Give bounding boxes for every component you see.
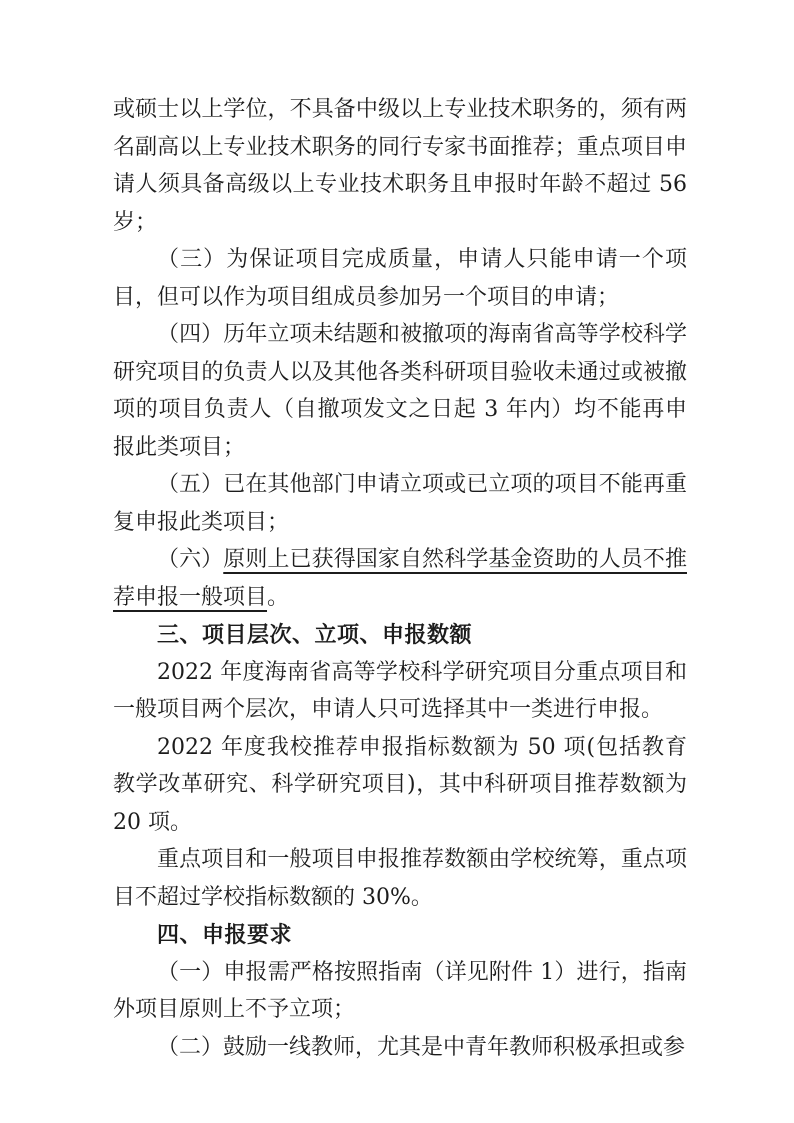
document-body: 或硕士以上学位，不具备中级以上专业技术职务的，须有两名副高以上专业技术职务的同行… bbox=[113, 91, 687, 1066]
section-heading-4: 四、申报要求 bbox=[113, 916, 687, 954]
requirement-item-2: （二）鼓励一线教师，尤其是中青年教师积极承担或参 bbox=[113, 1029, 687, 1067]
paragraph-continuation: 或硕士以上学位，不具备中级以上专业技术职务的，须有两名副高以上专业技术职务的同行… bbox=[113, 91, 687, 241]
paragraph-key-project-quota: 重点项目和一般项目申报推荐数额由学校统筹，重点项目不超过学校指标数额的 30%。 bbox=[113, 841, 687, 916]
list-item-6: （六）原则上已获得国家自然科学基金资助的人员不推荐申报一般项目。 bbox=[113, 541, 687, 616]
list-item-6-prefix: （六） bbox=[157, 547, 223, 572]
list-item-5: （五）已在其他部门申请立项或已立项的项目不能再重复申报此类项目； bbox=[113, 466, 687, 541]
list-item-6-suffix: 。 bbox=[267, 585, 289, 610]
paragraph-project-levels: 2022 年度海南省高等学校科学研究项目分重点项目和一般项目两个层次，申请人只可… bbox=[113, 654, 687, 729]
document-page: 或硕士以上学位，不具备中级以上专业技术职务的，须有两名副高以上专业技术职务的同行… bbox=[0, 0, 794, 1123]
list-item-3: （三）为保证项目完成质量，申请人只能申请一个项目，但可以作为项目组成员参加另一个… bbox=[113, 241, 687, 316]
section-heading-3: 三、项目层次、立项、申报数额 bbox=[113, 616, 687, 654]
paragraph-quota: 2022 年度我校推荐申报指标数额为 50 项(包括教育教学改革研究、科学研究项… bbox=[113, 729, 687, 842]
requirement-item-1: （一）申报需严格按照指南（详见附件 1）进行，指南外项目原则上不予立项； bbox=[113, 954, 687, 1029]
list-item-4: （四）历年立项未结题和被撤项的海南省高等学校科学研究项目的负责人以及其他各类科研… bbox=[113, 316, 687, 466]
